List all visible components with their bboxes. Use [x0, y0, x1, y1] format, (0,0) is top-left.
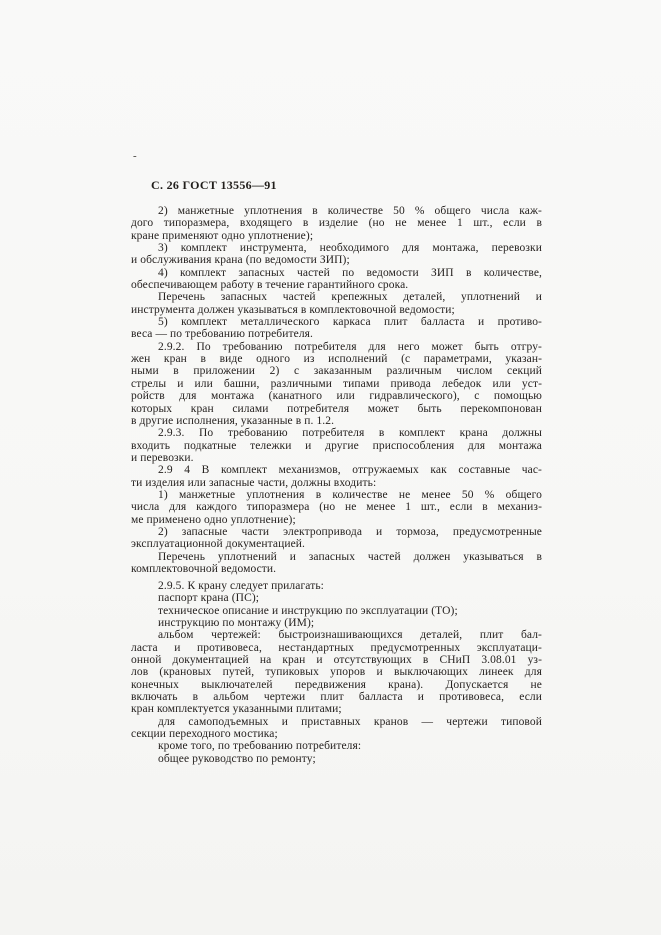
text-line: 2.9.3. По требованию потребителя в компл…: [131, 427, 542, 439]
text-line: жен кран в виде одного из исполнений (с …: [131, 353, 542, 365]
page-header: С. 26 ГОСТ 13556—91: [151, 178, 277, 193]
text-line: инструкцию по монтажу (ИМ);: [131, 617, 542, 629]
text-line: числа для каждого типоразмера (но не мен…: [131, 501, 542, 513]
text-line: стрелы и или башни, различными типами пр…: [131, 378, 542, 390]
scan-artifact-dash: -: [133, 150, 137, 162]
text-line: онной документацией на кран и отсутствую…: [131, 654, 542, 666]
text-line: включать в альбом чертежи плит балласта …: [131, 691, 542, 703]
text-line: для самоподъемных и приставных кранов — …: [131, 716, 542, 728]
text-line: секции переходного мостика;: [131, 728, 542, 740]
text-line: веса — по требованию потребителя.: [131, 328, 542, 340]
document-text-block: 2) манжетные уплотнения в количестве 50 …: [131, 205, 542, 765]
scanned-page: - С. 26 ГОСТ 13556—91 2) манжетные уплот…: [0, 0, 661, 935]
text-line: дого типоразмера, входящего в изделие (н…: [131, 217, 542, 229]
text-line: кроме того, по требованию потребителя:: [131, 740, 542, 752]
text-line: 2) манжетные уплотнения в количестве 50 …: [131, 205, 542, 217]
text-line: ласта и противовеса, нестандартных преду…: [131, 642, 542, 654]
text-line: 2.9.2. По требованию потребителя для нег…: [131, 341, 542, 353]
text-line: входить подкатные тележки и другие присп…: [131, 440, 542, 452]
text-line: Перечень запасных частей крепежных детал…: [131, 291, 542, 303]
text-line: инструмента должен указываться в комплек…: [131, 304, 542, 316]
text-line: ти изделия или запасные части, должны вх…: [131, 477, 542, 489]
text-line: 2) запасные части электропривода и тормо…: [131, 526, 542, 538]
text-line: ме применено одно уплотнение);: [131, 514, 542, 526]
text-line: конечных выключателей передвижения крана…: [131, 679, 542, 691]
text-line: и перевозки.: [131, 452, 542, 464]
text-line: ными в приложении 2) с заказанным различ…: [131, 365, 542, 377]
text-line: общее руководство по ремонту;: [131, 753, 542, 765]
text-line: эксплуатационной документацией.: [131, 538, 542, 550]
text-line: 1) манжетные уплотнения в количестве не …: [131, 489, 542, 501]
text-line: 2.9.5. К крану следует прилагать:: [131, 580, 542, 592]
text-line: 2.9 4 В комплект механизмов, отгружаемых…: [131, 464, 542, 476]
text-line: кран комплектуется указанными плитами;: [131, 703, 542, 715]
text-line: и обслуживания крана (по ведомости ЗИП);: [131, 254, 542, 266]
text-line: техническое описание и инструкцию по экс…: [131, 605, 542, 617]
text-line: Перечень уплотнений и запасных частей до…: [131, 551, 542, 563]
text-line: 3) комплект инструмента, необходимого дл…: [131, 242, 542, 254]
text-line: 5) комплект металлического каркаса плит …: [131, 316, 542, 328]
text-line: ройств для монтажа (канатного или гидрав…: [131, 390, 542, 402]
text-line: обеспечивающем работу в течение гарантий…: [131, 279, 542, 291]
text-line: которых кран силами потребителя может бы…: [131, 403, 542, 415]
text-line: комплектовочной ведомости.: [131, 563, 542, 575]
text-line: лов (крановых путей, тупиковых упоров и …: [131, 666, 542, 678]
text-line: альбом чертежей: быстроизнашивающихся де…: [131, 629, 542, 641]
text-line: кране применяют одно уплотнение);: [131, 230, 542, 242]
text-line: паспорт крана (ПС);: [131, 592, 542, 604]
text-line: 4) комплект запасных частей по ведомости…: [131, 267, 542, 279]
text-line: в другие исполнения, указанные в п. 1.2.: [131, 415, 542, 427]
